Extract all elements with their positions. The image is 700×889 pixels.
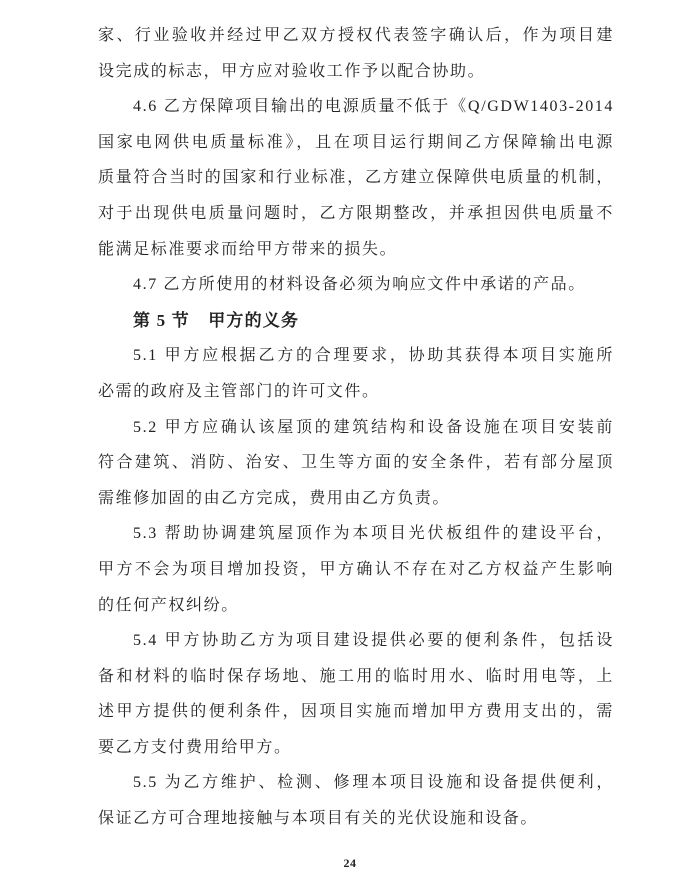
text-line: 5.4 甲方协助乙方为项目建设提供必要的便利条件，包括设 (98, 623, 614, 659)
text-line: 备和材料的临时保存场地、施工用的临时用水、临时用电等，上 (98, 659, 614, 695)
text-line: 质量符合当时的国家和行业标准，乙方建立保障供电质量的机制， (98, 160, 614, 196)
page-number: 24 (344, 856, 357, 870)
text-line: 需维修加固的由乙方完成，费用由乙方负责。 (98, 481, 614, 517)
text-line: 能满足标准要求而给甲方带来的损失。 (98, 232, 614, 268)
text-line: 第 5 节 甲方的义务 (98, 303, 614, 339)
text-line: 的任何产权纠纷。 (98, 588, 614, 624)
section-heading: 第 5 节 甲方的义务 (98, 303, 614, 339)
text-line: 4.6 乙方保障项目输出的电源质量不低于《Q/GDW1403-2014 (98, 89, 614, 125)
text-line: 国家电网供电质量标准》，且在项目运行期间乙方保障输出电源 (98, 125, 614, 161)
paragraph: 5.2 甲方应确认该屋顶的建筑结构和设备设施在项目安装前符合建筑、消防、治安、卫… (98, 410, 614, 517)
text-line: 必需的政府及主管部门的许可文件。 (98, 374, 614, 410)
paragraph: 4.6 乙方保障项目输出的电源质量不低于《Q/GDW1403-2014国家电网供… (98, 89, 614, 267)
paragraph: 家、行业验收并经过甲乙双方授权代表签字确认后，作为项目建设完成的标志，甲方应对验… (98, 18, 614, 89)
text-line: 保证乙方可合理地接触与本项目有关的光伏设施和设备。 (98, 801, 614, 837)
text-line: 5.2 甲方应确认该屋顶的建筑结构和设备设施在项目安装前 (98, 410, 614, 446)
paragraph: 5.5 为乙方维护、检测、修理本项目设施和设备提供便利，保证乙方可合理地接触与本… (98, 765, 614, 836)
page-footer: 24 (0, 854, 700, 872)
text-line: 5.3 帮助协调建筑屋顶作为本项目光伏板组件的建设平台， (98, 516, 614, 552)
text-line: 要乙方支付费用给甲方。 (98, 730, 614, 766)
text-line: 设完成的标志，甲方应对验收工作予以配合协助。 (98, 54, 614, 90)
text-line: 家、行业验收并经过甲乙双方授权代表签字确认后，作为项目建 (98, 18, 614, 54)
text-line: 述甲方提供的便利条件，因项目实施而增加甲方费用支出的，需 (98, 694, 614, 730)
document-page: 家、行业验收并经过甲乙双方授权代表签字确认后，作为项目建设完成的标志，甲方应对验… (0, 0, 700, 889)
paragraph: 5.4 甲方协助乙方为项目建设提供必要的便利条件，包括设备和材料的临时保存场地、… (98, 623, 614, 765)
text-line: 4.7 乙方所使用的材料设备必须为响应文件中承诺的产品。 (98, 267, 614, 303)
text-line: 甲方不会为项目增加投资，甲方确认不存在对乙方权益产生影响 (98, 552, 614, 588)
page-content: 家、行业验收并经过甲乙双方授权代表签字确认后，作为项目建设完成的标志，甲方应对验… (98, 18, 614, 837)
paragraph: 5.1 甲方应根据乙方的合理要求，协助其获得本项目实施所必需的政府及主管部门的许… (98, 338, 614, 409)
text-line: 5.5 为乙方维护、检测、修理本项目设施和设备提供便利， (98, 765, 614, 801)
text-line: 5.1 甲方应根据乙方的合理要求，协助其获得本项目实施所 (98, 338, 614, 374)
text-line: 符合建筑、消防、治安、卫生等方面的安全条件，若有部分屋顶 (98, 445, 614, 481)
text-line: 对于出现供电质量问题时，乙方限期整改，并承担因供电质量不 (98, 196, 614, 232)
paragraph: 4.7 乙方所使用的材料设备必须为响应文件中承诺的产品。 (98, 267, 614, 303)
paragraph: 5.3 帮助协调建筑屋顶作为本项目光伏板组件的建设平台，甲方不会为项目增加投资，… (98, 516, 614, 623)
